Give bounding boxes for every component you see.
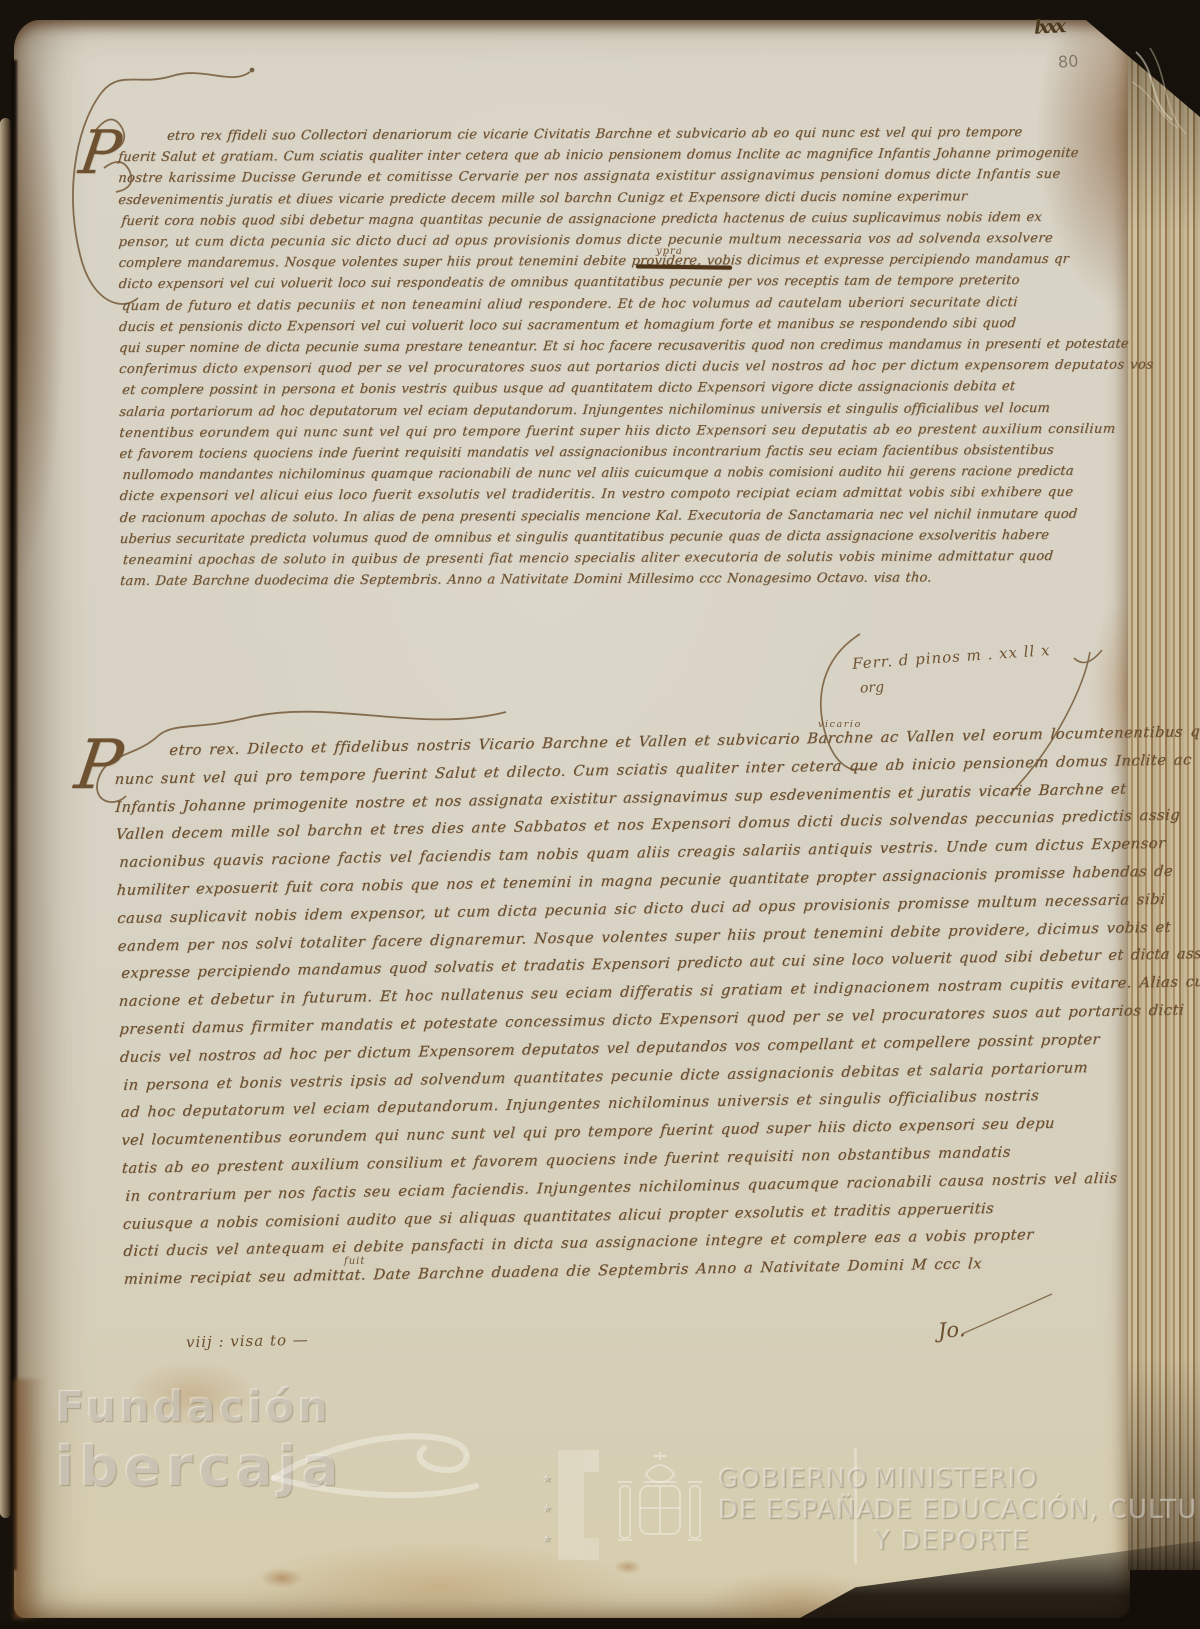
star-icon: ★ [542, 1532, 553, 1545]
manuscript-scan: lxxx 80 P etro rex ffideli suo Collector… [0, 0, 1200, 1629]
folio-ink-numeral: lxxx [1033, 15, 1063, 38]
interlinear-insertion-vicario: vicario [818, 719, 862, 730]
watermark-ministerio-line2: DE EDUCACIÓN, CULTURA [874, 1495, 1200, 1526]
spain-coat-of-arms-icon [610, 1446, 710, 1576]
binding-gutter-shadow [12, 60, 17, 1570]
stained-bottom-left-edge [14, 1379, 44, 1619]
watermark-gobierno-line1: GOBIERNO [718, 1464, 875, 1495]
watermark-ministerio-line1: MINISTERIO [874, 1464, 1200, 1495]
watermark-government: ★ ★ ★ GOBIERNO DE ESPAÑA MINISTERIO DE E… [558, 1446, 1198, 1596]
star-icon: ★ [542, 1502, 553, 1515]
frayed-paper-fibers [1128, 42, 1198, 152]
ibercaja-swan-logo-icon [262, 1412, 492, 1522]
watermark-gobierno-line2: DE ESPAÑA [718, 1495, 875, 1526]
manuscript-line: tam. Date Barchne duodecima die Septembr… [119, 567, 1026, 592]
dark-bottom-edge [0, 1617, 1200, 1629]
interlinear-correction: ypra [656, 246, 683, 257]
chancery-signature: Jo. [937, 1317, 966, 1343]
chancery-mark-stroke [952, 1288, 1062, 1343]
flag-banner-icon [558, 1450, 584, 1560]
flag-banner-notch2 [584, 1538, 599, 1560]
watermark-ministerio-line3: Y DEPORTE [874, 1526, 1200, 1557]
closing-line: viij : visa to — [186, 1331, 309, 1352]
watermark-divider [854, 1448, 857, 1564]
manuscript-entry-2: etro rex. Dilecto et ffidelibus nostris … [114, 721, 1034, 1294]
star-icon: ★ [542, 1472, 553, 1485]
folio-pencil-number: 80 [1057, 51, 1079, 71]
facing-page-edge [0, 118, 11, 1518]
margin-note-line2: org [860, 679, 885, 696]
manuscript-entry-1: etro rex ffideli suo Collectori denarior… [118, 122, 1025, 592]
interlinear-insertion-fuit: fuit [344, 1256, 365, 1267]
flag-banner-notch [584, 1450, 599, 1472]
